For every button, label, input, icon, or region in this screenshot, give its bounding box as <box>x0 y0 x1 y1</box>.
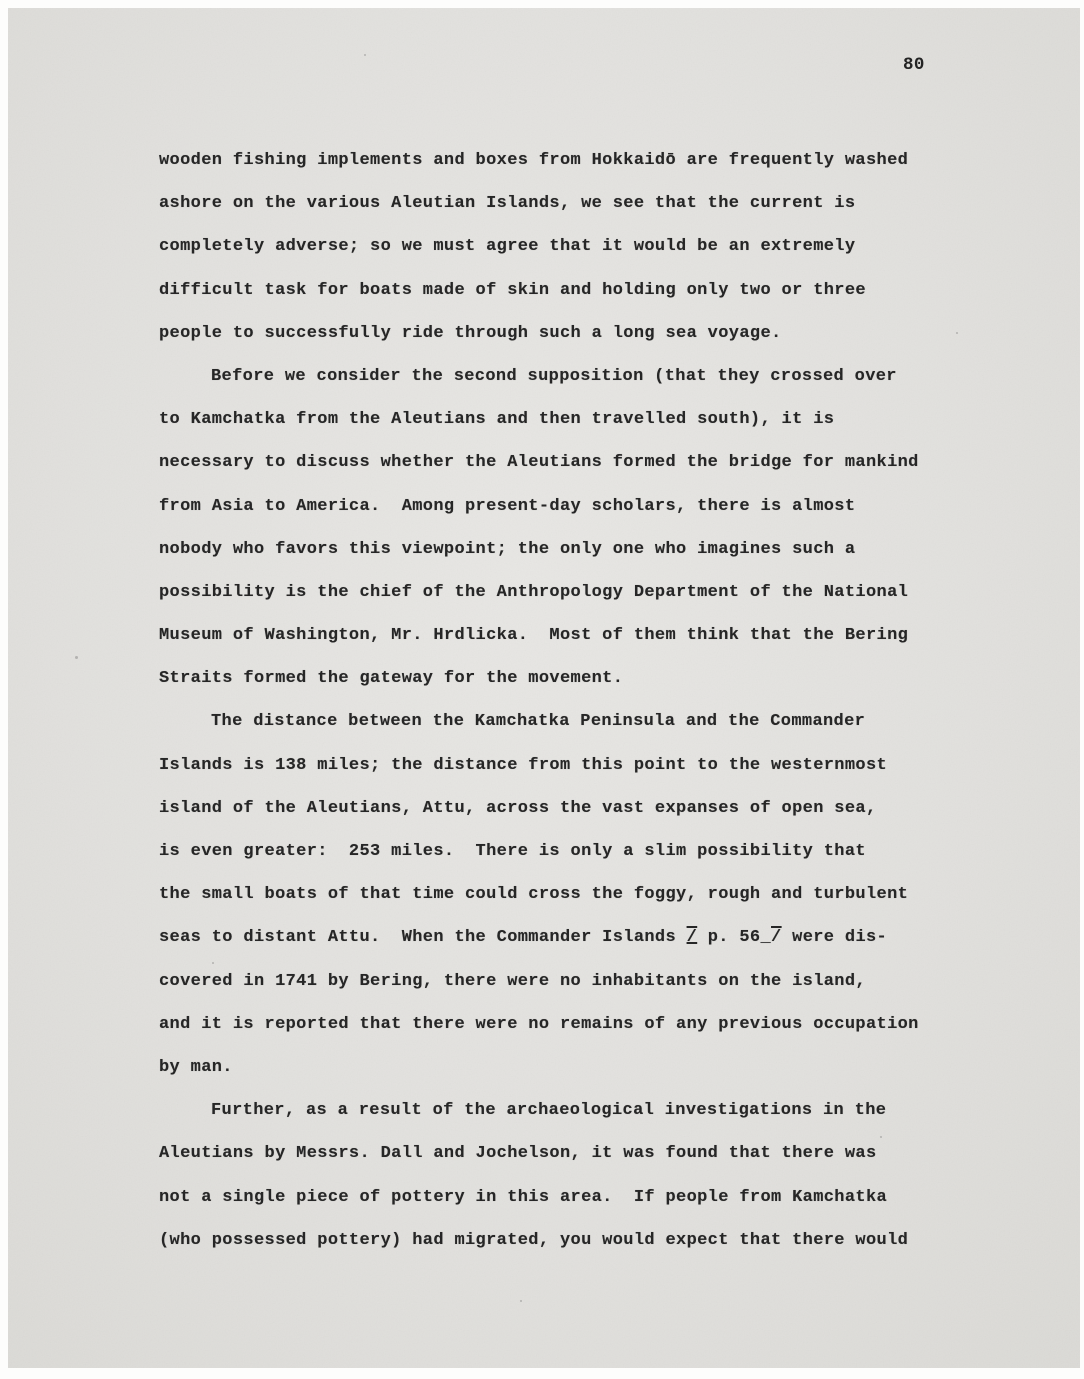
text-segment: Islands is 138 miles; the distance from … <box>159 756 887 775</box>
text-line: and it is reported that there were no re… <box>159 1003 959 1046</box>
text-segment: Before we consider the second suppositio… <box>211 367 897 386</box>
text-line: wooden fishing implements and boxes from… <box>159 139 959 182</box>
text-segment: Further, as a result of the archaeologic… <box>211 1101 886 1120</box>
text-line: to Kamchatka from the Aleutians and then… <box>159 398 959 441</box>
text-segment: and it is reported that there were no re… <box>159 1015 919 1034</box>
text-segment: possibility is the chief of the Anthropo… <box>159 583 908 602</box>
text-line: (who possessed pottery) had migrated, yo… <box>159 1219 959 1262</box>
text-line: not a single piece of pottery in this ar… <box>159 1176 959 1219</box>
text-line: is even greater: 253 miles. There is onl… <box>159 830 959 873</box>
text-line: possibility is the chief of the Anthropo… <box>159 571 959 614</box>
text-segment: not a single piece of pottery in this ar… <box>159 1188 887 1207</box>
text-segment: people to successfully ride through such… <box>159 324 782 343</box>
text-segment: from Asia to America. Among present-day … <box>159 497 855 516</box>
scan-speck <box>75 656 78 659</box>
text-segment: to Kamchatka from the Aleutians and then… <box>159 410 834 429</box>
page-number: 80 <box>903 55 925 75</box>
text-line: necessary to discuss whether the Aleutia… <box>159 441 959 484</box>
text-line: from Asia to America. Among present-day … <box>159 485 959 528</box>
scan-speck <box>364 54 366 56</box>
text-line: completely adverse; so we must agree tha… <box>159 225 959 268</box>
text-segment: The distance between the Kamchatka Penin… <box>211 712 865 731</box>
text-segment: Museum of Washington, Mr. Hrdlicka. Most… <box>159 626 908 645</box>
text-line: Museum of Washington, Mr. Hrdlicka. Most… <box>159 614 959 657</box>
text-line: Straits formed the gateway for the movem… <box>159 657 959 700</box>
text-line: The distance between the Kamchatka Penin… <box>159 700 959 743</box>
text-line: island of the Aleutians, Attu, across th… <box>159 787 959 830</box>
text-line: Islands is 138 miles; the distance from … <box>159 744 959 787</box>
text-segment: is even greater: 253 miles. There is onl… <box>159 842 866 861</box>
text-segment: were dis- <box>782 928 888 947</box>
text-segment: wooden fishing implements and boxes from… <box>159 151 908 170</box>
text-segment: ashore on the various Aleutian Islands, … <box>159 194 855 213</box>
text-line: the small boats of that time could cross… <box>159 873 959 916</box>
text-segment: the small boats of that time could cross… <box>159 885 908 904</box>
text-segment: Straits formed the gateway for the movem… <box>159 669 623 688</box>
text-line: Before we consider the second suppositio… <box>159 355 959 398</box>
text-segment: p. 56 <box>697 928 760 947</box>
text-line: by man. <box>159 1046 959 1089</box>
text-segment: nobody who favors this viewpoint; the on… <box>159 540 855 559</box>
typewriter-bracket: / <box>687 928 698 947</box>
paper-sheet: 80 wooden fishing implements and boxes f… <box>8 8 1080 1368</box>
text-segment: necessary to discuss whether the Aleutia… <box>159 453 919 472</box>
text-segment: island of the Aleutians, Attu, across th… <box>159 799 877 818</box>
text-line: Further, as a result of the archaeologic… <box>159 1089 959 1132</box>
text-segment: (who possessed pottery) had migrated, yo… <box>159 1231 908 1250</box>
text-line: covered in 1741 by Bering, there were no… <box>159 960 959 1003</box>
text-line: nobody who favors this viewpoint; the on… <box>159 528 959 571</box>
text-line: Aleutians by Messrs. Dall and Jochelson,… <box>159 1132 959 1175</box>
scan-speck <box>520 1300 522 1302</box>
text-line: difficult task for boats made of skin an… <box>159 269 959 312</box>
text-segment: seas to distant Attu. When the Commander… <box>159 928 687 947</box>
text-segment: _ <box>760 928 771 947</box>
typewriter-bracket: / <box>771 928 782 947</box>
document-text: wooden fishing implements and boxes from… <box>159 139 959 1262</box>
text-segment: covered in 1741 by Bering, there were no… <box>159 972 866 991</box>
text-segment: difficult task for boats made of skin an… <box>159 281 866 300</box>
text-line: seas to distant Attu. When the Commander… <box>159 916 959 959</box>
text-line: people to successfully ride through such… <box>159 312 959 355</box>
text-segment: completely adverse; so we must agree tha… <box>159 237 855 256</box>
scanned-page-photo: 80 wooden fishing implements and boxes f… <box>0 0 1084 1379</box>
text-segment: Aleutians by Messrs. Dall and Jochelson,… <box>159 1144 877 1163</box>
text-segment: by man. <box>159 1058 233 1077</box>
text-line: ashore on the various Aleutian Islands, … <box>159 182 959 225</box>
